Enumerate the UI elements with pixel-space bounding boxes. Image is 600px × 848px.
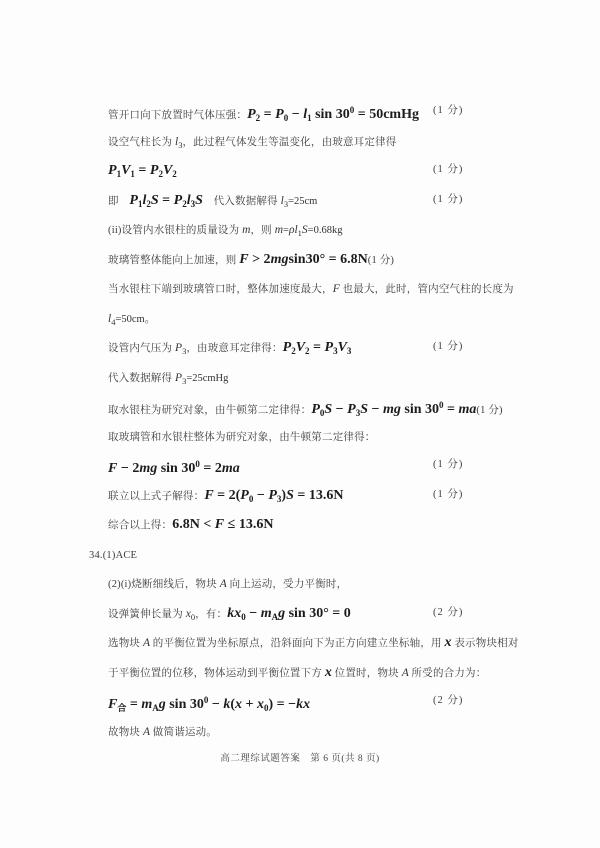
formula-segment: sin 30 bbox=[157, 461, 195, 476]
text-segment: (ii)设管内水银柱的质量设为 bbox=[108, 225, 242, 236]
formula-segment: 6.8N < bbox=[172, 517, 215, 532]
formula-segment: = bbox=[260, 107, 275, 122]
text-segment: 联立以上式子解得： bbox=[108, 491, 204, 502]
formula-segment: sin30° = 6.8N bbox=[288, 252, 367, 267]
text-segment: 向上运动，受力平衡时， bbox=[227, 579, 348, 590]
text-segment: 于平衡位置的位移，物体运动到平衡位置下方 bbox=[108, 668, 325, 679]
formula-segment: P bbox=[174, 193, 183, 208]
formula-segment: mg bbox=[383, 402, 401, 417]
formula-segment: V bbox=[338, 340, 347, 355]
text-segment: 即 bbox=[108, 196, 129, 207]
text-segment: 的平衡位置为坐标原点，沿斜面向下为正方向建立坐标轴，用 bbox=[150, 638, 445, 649]
answer-line: 玻璃管整体能向上加速，则 F > 2mgsin30° = 6.8N(1 分) bbox=[108, 244, 580, 274]
formula-segment: F bbox=[108, 697, 117, 712]
formula-segment: A bbox=[143, 637, 150, 649]
formula-segment: m bbox=[141, 697, 152, 712]
answer-line: 设空气柱长为 l3，此过程气体发生等温变化，由玻意耳定律得 bbox=[108, 126, 580, 156]
formula-segment: ) = − bbox=[269, 697, 297, 712]
text-segment: 取玻璃管和水银柱整体为研究对象，由牛顿第二定律得： bbox=[108, 432, 376, 443]
formula-segment: − bbox=[253, 488, 268, 503]
formula-segment: P bbox=[247, 107, 256, 122]
text-segment: 玻璃管整体能向上加速，则 bbox=[108, 255, 239, 266]
formula-segment: 3 bbox=[347, 346, 352, 356]
text-segment: 当水银柱下端到玻璃管口时，整体加速度最大， bbox=[108, 284, 333, 295]
text-segment: 设管内气压为 bbox=[108, 343, 175, 354]
text-segment: 选物块 bbox=[108, 638, 143, 649]
formula-segment: − bbox=[368, 402, 383, 417]
score-mark: (1 分) bbox=[433, 185, 463, 215]
formula-segment: = bbox=[135, 163, 150, 178]
text-segment: (1 分) bbox=[368, 255, 394, 266]
formula-segment: x bbox=[235, 697, 242, 712]
formula-segment: sin 30° = 0 bbox=[285, 606, 351, 621]
formula-segment: =25cm bbox=[288, 196, 317, 207]
formula-segment: = bbox=[159, 193, 174, 208]
score-mark: (1 分) bbox=[433, 96, 463, 126]
text-segment: 管开口向下放置时气体压强： bbox=[108, 110, 247, 121]
formula-segment: ≤ 13.6N bbox=[224, 517, 273, 532]
answer-line: 34.(1)ACE bbox=[89, 539, 580, 569]
answer-line: l4=50cm。 bbox=[108, 303, 580, 333]
formula-segment: 2 bbox=[172, 169, 177, 179]
formula-segment: S bbox=[151, 193, 159, 208]
answer-line: 故物块 A 做简谐运动。 bbox=[108, 716, 580, 746]
formula-segment: kx bbox=[227, 606, 241, 621]
formula-segment: − bbox=[288, 107, 303, 122]
formula-segment: S bbox=[286, 488, 294, 503]
answer-line: 选物块 A 的平衡位置为坐标原点，沿斜面向下为正方向建立坐标轴，用 x 表示物块… bbox=[108, 627, 580, 657]
text-segment: 位置时，物块 bbox=[332, 668, 402, 679]
formula-segment: P bbox=[275, 107, 284, 122]
formula-segment: V bbox=[163, 163, 172, 178]
score-mark: (2 分) bbox=[433, 686, 463, 716]
formula-segment: V bbox=[121, 163, 130, 178]
formula-segment: A bbox=[402, 667, 409, 679]
formula-segment: ρl bbox=[289, 224, 298, 236]
formula-segment: F bbox=[204, 488, 213, 503]
formula-segment: kx bbox=[296, 697, 310, 712]
formula-segment: S bbox=[360, 402, 368, 417]
formula-segment: =0.68kg bbox=[308, 225, 343, 236]
formula-segment: = 13.6N bbox=[294, 488, 344, 503]
formula-segment: = bbox=[444, 402, 459, 417]
formula-segment: P bbox=[325, 340, 334, 355]
formula-segment: mg bbox=[271, 252, 289, 267]
formula-segment: − bbox=[246, 606, 261, 621]
text-segment: 设空气柱长为 bbox=[108, 137, 175, 148]
formula-segment: − 2 bbox=[117, 461, 139, 476]
text-segment: 故物块 bbox=[108, 727, 143, 738]
answer-lines: 管开口向下放置时气体压强：P2 = P0 − l1 sin 300 = 50cm… bbox=[108, 96, 580, 745]
answer-line: 代入数据解得 P3=25cmHg bbox=[108, 362, 580, 392]
text-segment: 所受的合力为： bbox=[409, 668, 487, 679]
formula-segment: P bbox=[240, 488, 249, 503]
answer-line: 管开口向下放置时气体压强：P2 = P0 − l1 sin 300 = 50cm… bbox=[108, 96, 580, 126]
text-segment: 表示物块相对 bbox=[452, 638, 519, 649]
formula-segment: sin 30 bbox=[166, 697, 204, 712]
answer-line: 即 P1l2S = P2l3S 代入数据解得 l3=25cm(1 分) bbox=[108, 185, 580, 215]
formula-segment: − bbox=[332, 402, 347, 417]
text-segment: 综合以上得： bbox=[108, 520, 172, 531]
formula-segment: > 2 bbox=[249, 252, 271, 267]
formula-segment: = 2( bbox=[214, 488, 241, 503]
answer-line: 联立以上式子解得：F = 2(P0 − P3)S = 13.6N(1 分) bbox=[108, 480, 580, 510]
answer-line: 设弹簧伸长量为 x0，有：kx0 − mAg sin 30° = 0(2 分) bbox=[108, 598, 580, 628]
score-mark: (2 分) bbox=[433, 598, 463, 628]
formula-segment: P bbox=[108, 163, 117, 178]
formula-segment: x bbox=[257, 697, 264, 712]
formula-segment: =25cmHg bbox=[186, 373, 228, 384]
formula-segment: P bbox=[347, 402, 356, 417]
formula-segment: − bbox=[208, 697, 223, 712]
answer-line: (2)(i)烧断细线后，物块 A 向上运动，受力平衡时， bbox=[108, 568, 580, 598]
formula-segment: m bbox=[275, 224, 283, 236]
score-mark: (1 分) bbox=[433, 155, 463, 185]
text-segment: (2)(i)烧断细线后，物块 bbox=[108, 579, 220, 590]
formula-segment: P bbox=[175, 372, 182, 384]
formula-segment: 合 bbox=[117, 703, 126, 713]
formula-segment: F bbox=[239, 252, 248, 267]
answer-line: 取水银柱为研究对象，由牛顿第二定律得：P0S − P3S − mg sin 30… bbox=[108, 391, 580, 421]
answer-line: F − 2mg sin 300 = 2ma(1 分) bbox=[108, 450, 580, 480]
formula-segment: V bbox=[296, 340, 305, 355]
text-segment: ，有： bbox=[195, 609, 227, 620]
formula-segment: = bbox=[126, 697, 141, 712]
formula-segment: x bbox=[445, 635, 452, 650]
answer-line: 综合以上得：6.8N < F ≤ 13.6N bbox=[108, 509, 580, 539]
answer-line: 当水银柱下端到玻璃管口时，整体加速度最大，F 也最大，此时，管内空气柱的长度为 bbox=[108, 273, 580, 303]
page-footer: 高二理综试题答案 第 6 页(共 8 页) bbox=[0, 750, 600, 764]
formula-segment: S bbox=[195, 193, 203, 208]
formula-segment: = bbox=[310, 340, 325, 355]
text-segment: (1 分) bbox=[476, 405, 502, 416]
formula-segment: P bbox=[311, 402, 320, 417]
formula-segment: =50cm bbox=[115, 314, 144, 325]
formula-segment: P bbox=[283, 340, 292, 355]
answer-line: (ii)设管内水银柱的质量设为 m，则 m=ρl1S=0.68kg bbox=[108, 214, 580, 244]
formula-segment: m bbox=[261, 606, 272, 621]
formula-segment: P bbox=[268, 488, 277, 503]
text-segment: 也最大，此时，管内空气柱的长度为 bbox=[340, 284, 514, 295]
score-mark: (1 分) bbox=[433, 480, 463, 510]
text-segment: ，此过程气体发生等温变化，由玻意耳定律得 bbox=[182, 137, 396, 148]
formula-segment: ma bbox=[222, 461, 240, 476]
formula-segment: sin 30 bbox=[401, 402, 439, 417]
text-segment: 34.(1)ACE bbox=[89, 550, 137, 561]
formula-segment: A bbox=[143, 726, 150, 738]
answer-line: P1V1 = P2V2(1 分) bbox=[108, 155, 580, 185]
document-page: 管开口向下放置时气体压强：P2 = P0 − l1 sin 300 = 50cm… bbox=[0, 0, 600, 848]
answer-line: 于平衡位置的位移，物体运动到平衡位置下方 x 位置时，物块 A 所受的合力为： bbox=[108, 657, 580, 687]
text-segment: 代入数据解得 bbox=[108, 373, 175, 384]
text-segment: ，由玻意耳定律得： bbox=[186, 343, 282, 354]
formula-segment: + bbox=[242, 697, 257, 712]
formula-segment: P bbox=[129, 193, 138, 208]
formula-segment: mg bbox=[139, 461, 157, 476]
answer-line: 设管内气压为 P3，由玻意耳定律得：P2V2 = P3V3(1 分) bbox=[108, 332, 580, 362]
answer-line: 取玻璃管和水银柱整体为研究对象，由牛顿第二定律得： bbox=[108, 421, 580, 451]
text-segment: 代入数据解得 bbox=[203, 196, 281, 207]
text-segment: ，则 bbox=[250, 225, 274, 236]
text-segment: 。 bbox=[145, 314, 156, 325]
formula-segment: = 50cmHg bbox=[354, 107, 419, 122]
formula-segment: F bbox=[333, 283, 340, 295]
answer-line: F合 = mAg sin 300 − k(x + x0) = −kx(2 分) bbox=[108, 686, 580, 716]
formula-segment: = 2 bbox=[200, 461, 222, 476]
score-mark: (1 分) bbox=[433, 450, 463, 480]
text-segment: 设弹簧伸长量为 bbox=[108, 609, 186, 620]
formula-segment: sin 30 bbox=[312, 107, 350, 122]
formula-segment: P bbox=[175, 342, 182, 354]
formula-segment: x bbox=[325, 665, 332, 680]
formula-segment: A bbox=[220, 578, 227, 590]
text-segment: 做简谐运动。 bbox=[150, 727, 217, 738]
formula-segment: g bbox=[159, 697, 166, 712]
score-mark: (1 分) bbox=[433, 332, 463, 362]
text-segment: 取水银柱为研究对象，由牛顿第二定律得： bbox=[108, 405, 311, 416]
formula-segment: F bbox=[108, 461, 117, 476]
formula-segment: S bbox=[324, 402, 332, 417]
formula-segment: F bbox=[215, 517, 224, 532]
formula-segment: ma bbox=[459, 402, 477, 417]
